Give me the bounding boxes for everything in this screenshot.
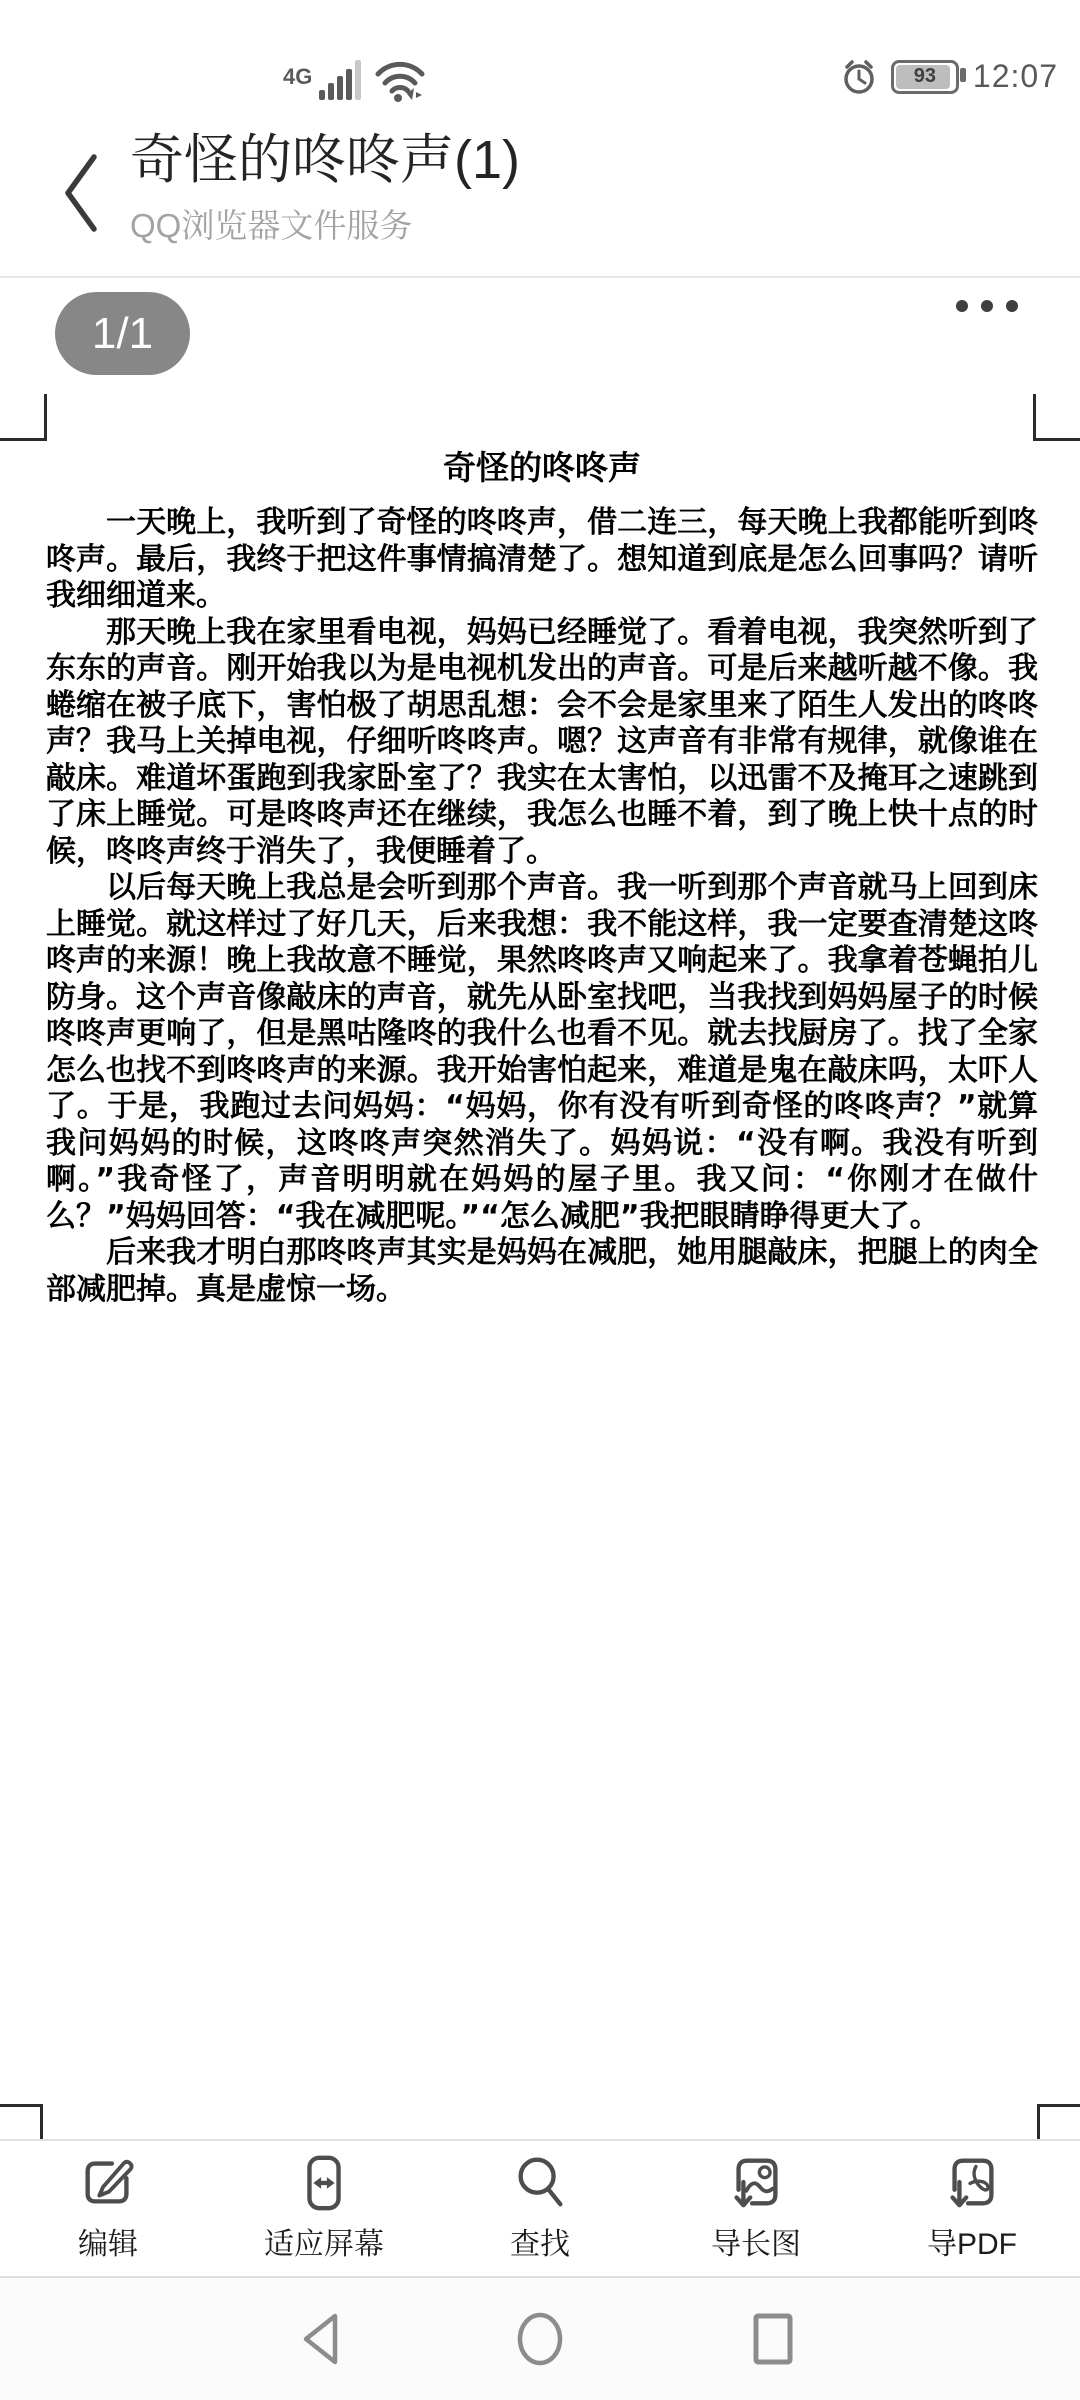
status-left-cluster: 4G (283, 58, 426, 102)
document-page: 奇怪的咚咚声 一天晚上，我听到了奇怪的咚咚声，借二连三，每天晚上我都能听到咚咚声… (46, 442, 1038, 1308)
document-paragraph: 以后每天晚上我总是会听到那个声音。我一听到那个声音就马上回到床上睡觉。就这样过了… (46, 870, 1038, 1235)
export-pdf-button[interactable]: 导PDF (864, 2141, 1080, 2275)
nav-recents-square-icon (750, 2311, 798, 2367)
nav-home-button[interactable] (510, 2308, 570, 2370)
page-title: 奇怪的咚咚声(1) (130, 131, 520, 190)
page-corner-bottom-right (1037, 2104, 1080, 2142)
more-options-button[interactable] (956, 300, 1018, 312)
header-text-block: 奇怪的咚咚声(1) QQ浏览器文件服务 (130, 131, 520, 247)
document-title: 奇怪的咚咚声 (46, 442, 1038, 489)
toolbar-label: 导PDF (927, 2219, 1017, 2263)
page-corner-bottom-left (0, 2104, 43, 2142)
toolbar-label: 编辑 (78, 2219, 138, 2263)
page-corner-top-left (0, 394, 47, 441)
header: 奇怪的咚咚声(1) QQ浏览器文件服务 (0, 115, 1080, 277)
nav-back-button[interactable] (292, 2308, 352, 2370)
export-long-image-icon (723, 2149, 789, 2215)
toolbar-label: 导长图 (711, 2219, 801, 2263)
network-type-label: 4G (283, 66, 312, 102)
export-long-image-button[interactable]: 导长图 (648, 2141, 864, 2275)
clock-time: 12:07 (973, 58, 1058, 95)
signal-bars-icon (319, 58, 367, 102)
alarm-clock-icon (841, 59, 877, 95)
fit-screen-button[interactable]: 适应屏幕 (216, 2141, 432, 2275)
find-button[interactable]: 查找 (432, 2141, 648, 2275)
battery-icon: 93 (891, 60, 959, 94)
screen: { "status_bar": { "network": "4G", "batt… (0, 0, 1080, 2400)
bottom-toolbar: 编辑 适应屏幕 查找 (0, 2141, 1080, 2275)
status-right-cluster: 93 12:07 (841, 58, 1058, 95)
battery-percent: 93 (914, 65, 936, 88)
battery-cap (960, 68, 966, 82)
more-options-icon (956, 300, 968, 312)
document-paragraph: 一天晚上，我听到了奇怪的咚咚声，借二连三，每天晚上我都能听到咚咚声。最后，我终于… (46, 505, 1038, 615)
page-corner-top-right (1033, 394, 1080, 441)
android-nav-bar (0, 2278, 1080, 2400)
page-subtitle: QQ浏览器文件服务 (130, 200, 520, 247)
nav-home-circle-icon (514, 2310, 566, 2368)
more-options-icon (1006, 300, 1018, 312)
export-pdf-icon (939, 2149, 1005, 2215)
more-options-icon (981, 300, 993, 312)
wifi-icon (374, 58, 426, 102)
page-indicator-badge: 1/1 (55, 292, 190, 375)
fit-screen-icon (291, 2149, 357, 2215)
nav-recents-button[interactable] (744, 2308, 804, 2370)
status-bar: 4G (0, 0, 1080, 115)
toolbar-label: 查找 (510, 2219, 570, 2263)
edit-button[interactable]: 编辑 (0, 2141, 216, 2275)
document-paragraph: 后来我才明白那咚咚声其实是妈妈在减肥，她用腿敲床，把腿上的肉全部减肥掉。真是虚惊… (46, 1235, 1038, 1308)
toolbar-label: 适应屏幕 (264, 2219, 384, 2263)
document-paragraph: 那天晚上我在家里看电视，妈妈已经睡觉了。看着电视，我突然听到了东东的声音。刚开始… (46, 615, 1038, 871)
search-icon (507, 2149, 573, 2215)
header-divider (0, 276, 1080, 278)
nav-back-triangle-icon (297, 2311, 347, 2367)
back-chevron-icon (58, 149, 102, 237)
back-button[interactable] (58, 143, 118, 243)
edit-icon (75, 2149, 141, 2215)
